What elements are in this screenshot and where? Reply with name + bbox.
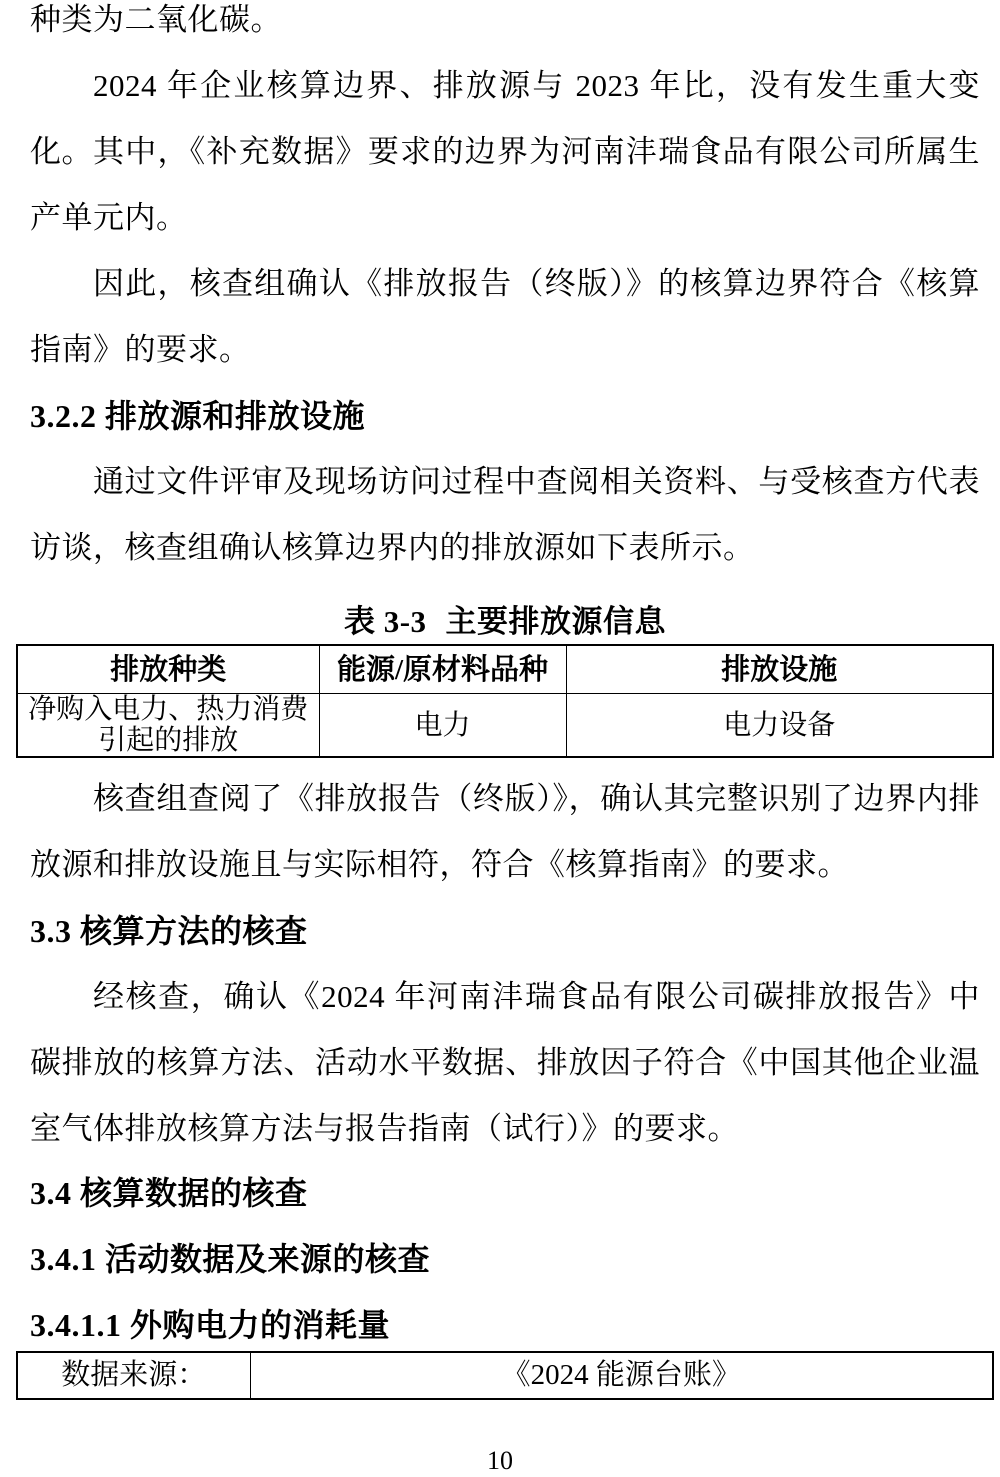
- paragraph-intro-tail: 种类为二氧化碳。: [30, 0, 980, 53]
- emission-table-header-energy: 能源/原材料品种: [319, 645, 566, 694]
- emission-table-header-row: 排放种类 能源/原材料品种 排放设施: [17, 645, 993, 694]
- table-caption-number: 表 3-3: [344, 604, 427, 639]
- section-heading-3-4-1-1: 3.4.1.1 外购电力的消耗量: [30, 1292, 980, 1358]
- emission-source-table: 排放种类 能源/原材料品种 排放设施 净购入电力、热力消费引起的排放 电力 电力…: [16, 644, 994, 758]
- emission-table-cell-type: 净购入电力、热力消费引起的排放: [17, 694, 319, 758]
- document-page: 种类为二氧化碳。 2024 年企业核算边界、排放源与 2023 年比，没有发生重…: [0, 0, 1000, 1477]
- section-heading-3-4-1: 3.4.1 活动数据及来源的核查: [30, 1226, 980, 1292]
- paragraph-supplementary-data: 其中，《补充数据》要求的边界为河南沣瑞食品有限公司所属生产单元内。: [30, 119, 980, 251]
- paragraph-method-check: 经核查，确认《2024 年河南沣瑞食品有限公司碳排放报告》中碳排放的核算方法、活…: [30, 964, 980, 1162]
- page-number: 10: [0, 1446, 1000, 1476]
- emission-table-cell-energy: 电力: [319, 694, 566, 758]
- emission-table-data-row: 净购入电力、热力消费引起的排放 电力 电力设备: [17, 694, 993, 758]
- section-heading-3-2-2: 3.2.2 排放源和排放设施: [30, 383, 980, 449]
- data-source-value: 《2024 能源台账》: [250, 1352, 993, 1399]
- data-source-table: 数据来源： 《2024 能源台账》: [16, 1351, 994, 1400]
- paragraph-reviewed-report: 核查组查阅了《排放报告（终版）》，确认其完整识别了边界内排放源和排放设施且与实际…: [30, 766, 980, 898]
- section-heading-3-3: 3.3 核算方法的核查: [30, 898, 980, 964]
- emission-table-header-type: 排放种类: [17, 645, 319, 694]
- table-caption-title: 主要排放源信息: [446, 604, 667, 639]
- emission-table-cell-facility: 电力设备: [566, 694, 993, 758]
- paragraph-review-process: 通过文件评审及现场访问过程中查阅相关资料、与受核查方代表访谈，核查组确认核算边界…: [30, 449, 980, 581]
- paragraph-therefore-confirm: 因此，核查组确认《排放报告（终版）》的核算边界符合《核算指南》的要求。: [30, 251, 980, 383]
- data-source-label: 数据来源：: [17, 1352, 250, 1399]
- section-heading-3-4: 3.4 核算数据的核查: [30, 1160, 980, 1226]
- data-source-row: 数据来源： 《2024 能源台账》: [17, 1352, 993, 1399]
- emission-table-header-facility: 排放设施: [566, 645, 993, 694]
